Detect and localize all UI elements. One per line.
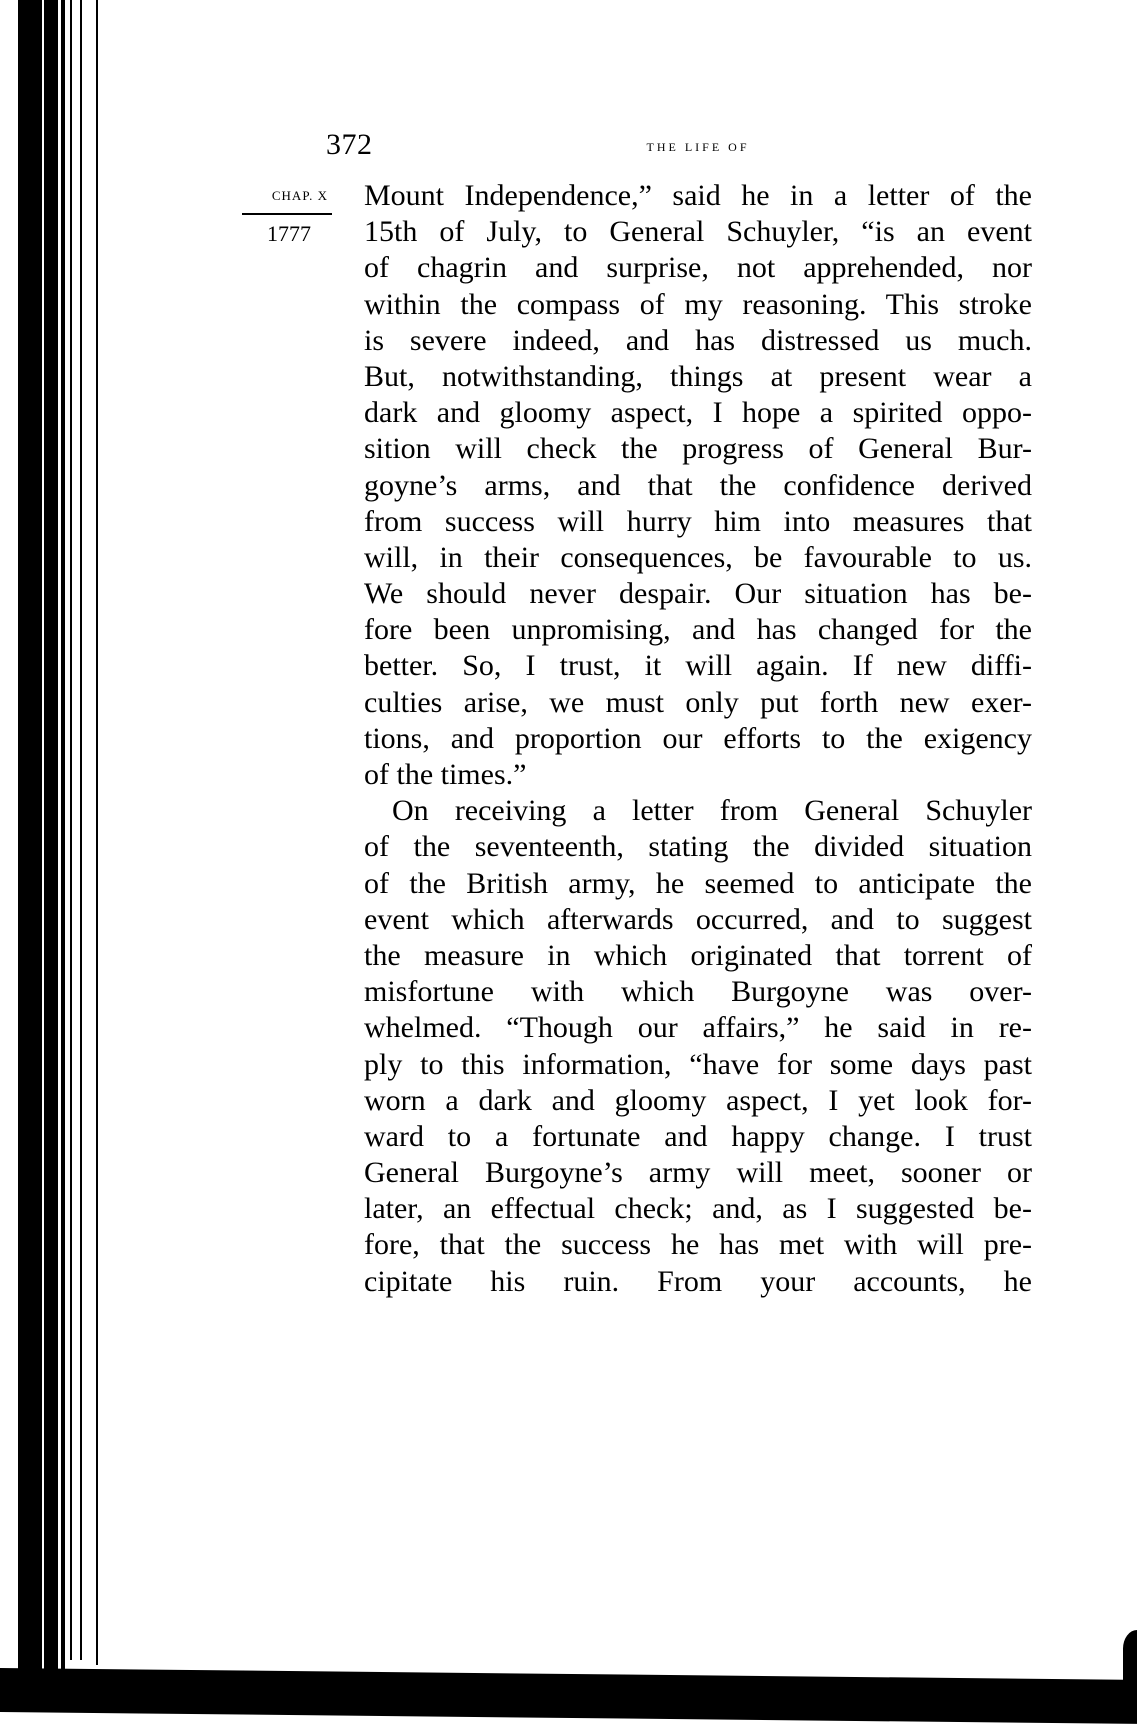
text-line: within the compass of my reasoning. This… (364, 287, 1032, 323)
text-line: On receiving a letter from General Schuy… (364, 793, 1032, 829)
book-binding-edge (0, 0, 80, 1724)
text-line: fore been unpromising, and has changed f… (364, 612, 1032, 648)
text-line: will, in their consequences, be favourab… (364, 540, 1032, 576)
text-line: goyne’s arms, and that the confidence de… (364, 468, 1032, 504)
text-line: ply to this information, “have for some … (364, 1047, 1032, 1083)
text-line: tions, and proportion our efforts to the… (364, 721, 1032, 757)
text-line: of the British army, he seemed to antici… (364, 866, 1032, 902)
body-text: Mount Independence,” said he in a letter… (364, 178, 1032, 1300)
text-line: of chagrin and surprise, not apprehended… (364, 250, 1032, 286)
text-line: from success will hurry him into measure… (364, 504, 1032, 540)
text-line: misfortune with which Burgoyne was over- (364, 974, 1032, 1010)
text-line: later, an effectual check; and, as I sug… (364, 1191, 1032, 1227)
text-line: of the times.” (364, 757, 1032, 793)
text-line: worn a dark and gloomy aspect, I yet loo… (364, 1083, 1032, 1119)
text-line: ward to a fortunate and happy change. I … (364, 1119, 1032, 1155)
text-line: event which afterwards occurred, and to … (364, 902, 1032, 938)
text-line: sition will check the progress of Genera… (364, 431, 1032, 467)
text-line: fore, that the success he has met with w… (364, 1227, 1032, 1263)
text-line: dark and gloomy aspect, I hope a spirite… (364, 395, 1032, 431)
text-line: General Burgoyne’s army will meet, soone… (364, 1155, 1032, 1191)
text-line: of the seventeenth, stating the divided … (364, 829, 1032, 865)
scan-corner-shadow (1123, 1630, 1137, 1710)
text-line: 15th of July, to General Schuyler, “is a… (364, 214, 1032, 250)
page-header: 372 THE LIFE OF (366, 128, 1030, 168)
text-line: whelmed. “Though our affairs,” he said i… (364, 1010, 1032, 1046)
scan-bottom-shadow (0, 1668, 1137, 1724)
text-line: Mount Independence,” said he in a letter… (364, 178, 1032, 214)
margin-year: 1777 (236, 221, 336, 247)
text-line: the measure in which originated that tor… (364, 938, 1032, 974)
margin-divider (242, 213, 332, 215)
text-line: But, notwithstanding, things at present … (364, 359, 1032, 395)
text-line: cipitate his ruin. From your accounts, h… (364, 1264, 1032, 1300)
text-line: better. So, I trust, it will again. If n… (364, 648, 1032, 684)
text-line: culties arise, we must only put forth ne… (364, 685, 1032, 721)
text-line: We should never despair. Our situation h… (364, 576, 1032, 612)
margin-note: CHAP. X 1777 (236, 184, 336, 247)
text-line: is severe indeed, and has distressed us … (364, 323, 1032, 359)
chapter-label: CHAP. X (236, 184, 336, 205)
running-head: THE LIFE OF (366, 136, 1030, 156)
